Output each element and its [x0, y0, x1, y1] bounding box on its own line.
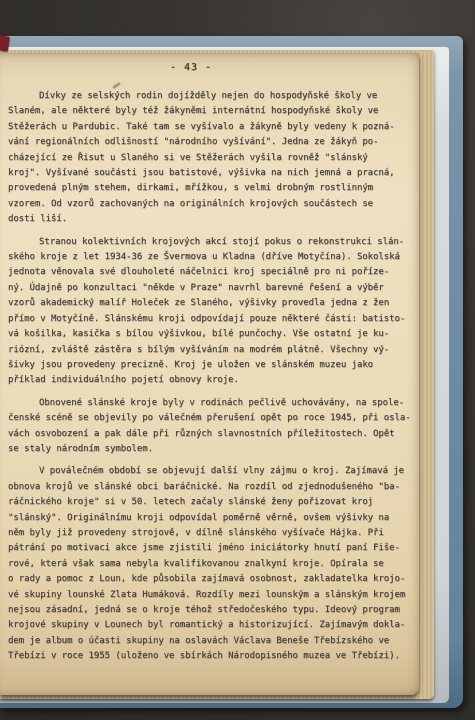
page-number: - 43 -	[0, 62, 382, 73]
paragraph: V poválečném období se objevují další vl…	[8, 464, 418, 664]
paragraph: Dívky ze selských rodin dojížděly nejen …	[8, 89, 418, 228]
paragraph: Stranou kolektivních krojových akcí stoj…	[8, 235, 418, 389]
document-page: - 43 - Dívky ze selských rodin dojížděly…	[0, 53, 419, 695]
scanned-book-photo: - 43 - Dívky ze selských rodin dojížděly…	[0, 0, 475, 720]
page-body-text: Dívky ze selských rodin dojížděly nejen …	[8, 89, 418, 672]
paragraph: Obnovené slánské kroje byly v rodinách p…	[8, 396, 418, 458]
